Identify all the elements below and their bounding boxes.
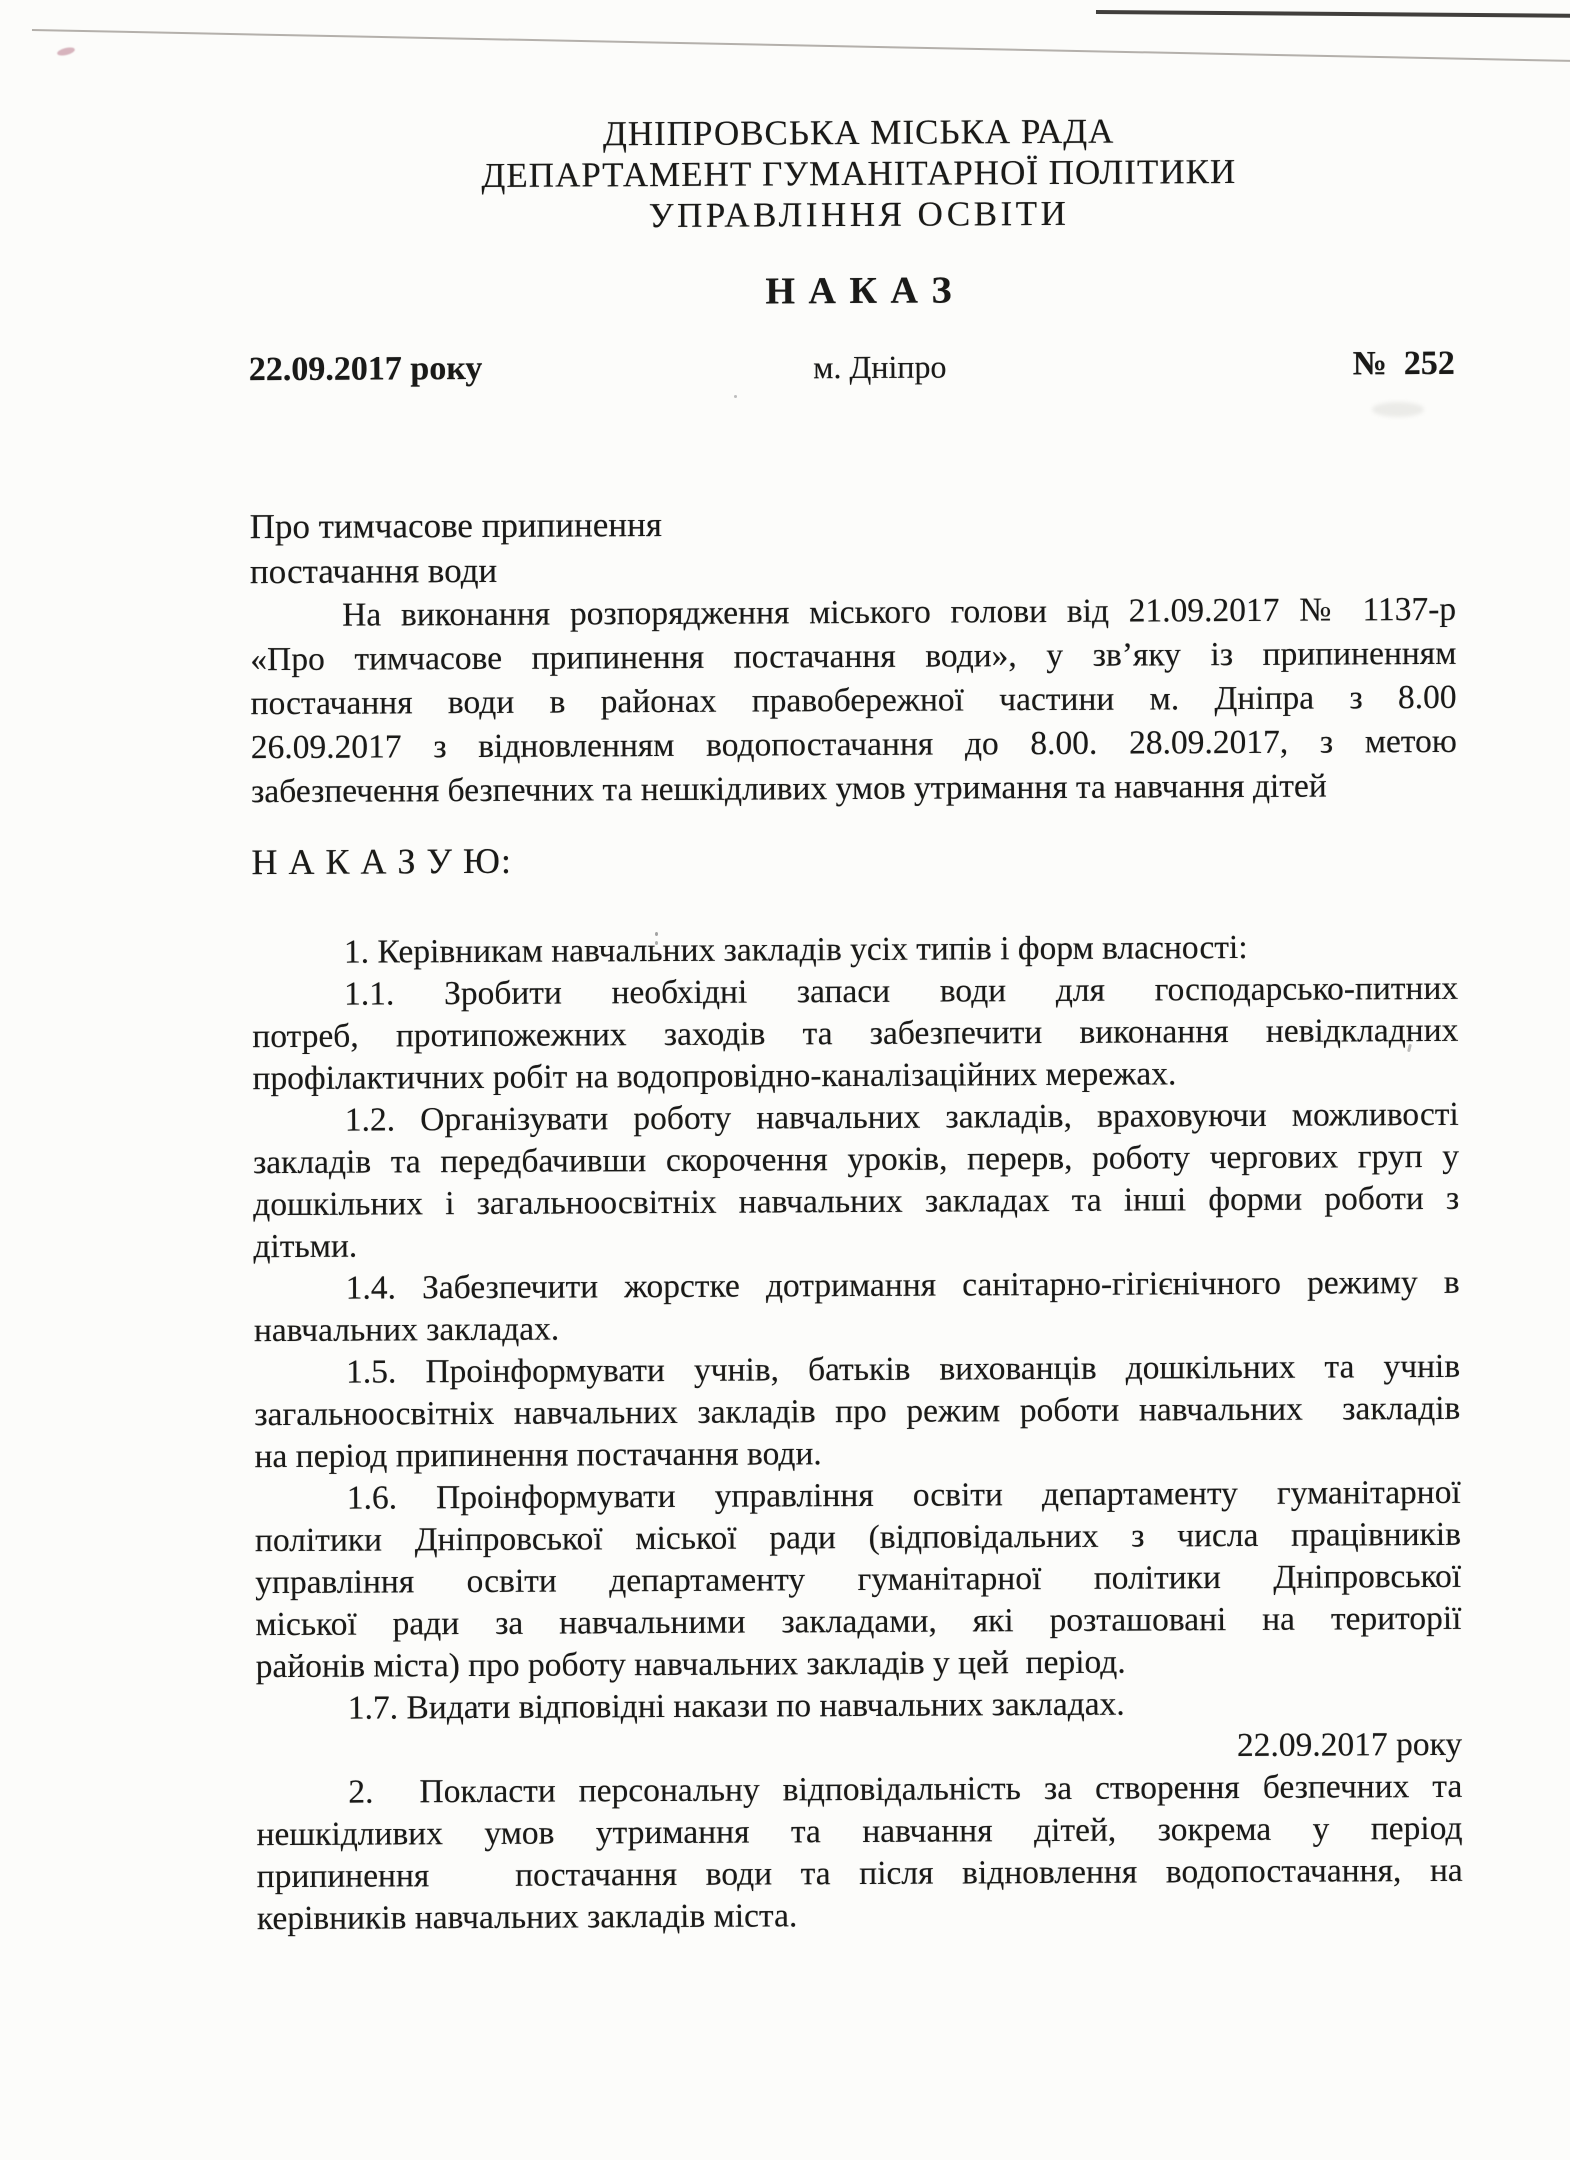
text-line: дітьми. <box>253 1220 1459 1268</box>
text-line: потреб, протипожежних заходів та забезпе… <box>252 1010 1458 1058</box>
text-line: на період припинення постачання води. <box>254 1430 1460 1478</box>
text-line: 1.4. Забезпечити жорстке дотримання сані… <box>254 1262 1460 1310</box>
order-meta-row: 22.09.2017 року м. Дніпро № 252 <box>249 341 1455 393</box>
pink-smudge-artifact <box>56 46 75 57</box>
text-line: закладів та передбачивши скорочення урок… <box>253 1136 1459 1184</box>
order-item-1: 1. Керівникам навчальних закладів усіх т… <box>252 926 1458 974</box>
text-line: управління освіти департаменту гуманітар… <box>255 1556 1461 1604</box>
org-name-education-office: УПРАВЛІННЯ ОСВІТИ <box>256 191 1462 238</box>
document-type-heading: Н А К А З <box>256 266 1462 316</box>
text-line: 2. Покласти персональну відповідальність… <box>256 1766 1462 1814</box>
text-line: політики Дніпровської міської ради (відп… <box>255 1514 1461 1562</box>
order-item-1-1: 1.1. Зробити необхідні запаси води для г… <box>252 968 1459 1100</box>
org-name-city-council: ДНІПРОВСЬКА МІСЬКА РАДА <box>256 109 1462 156</box>
text-line: дошкільних і загальноосвітніх навчальних… <box>253 1178 1459 1226</box>
text-line: припинення постачання води та після відн… <box>257 1850 1463 1898</box>
text-line: нешкідливих умов утримання та навчання д… <box>256 1808 1462 1856</box>
order-item-1-2: 1.2. Організувати роботу навчальних закл… <box>253 1094 1460 1268</box>
order-item-2: 2. Покласти персональну відповідальність… <box>256 1766 1463 1940</box>
text-line: міської ради за навчальними закладами, я… <box>255 1598 1461 1646</box>
document-page: ДНІПРОВСЬКА МІСЬКА РАДА ДЕПАРТАМЕНТ ГУМА… <box>247 0 1463 1940</box>
org-name-department: ДЕПАРТАМЕНТ ГУМАНІТАРНОЇ ПОЛІТИКИ <box>256 150 1462 197</box>
text-line: 1.5. Проінформувати учнів, батьків вихов… <box>254 1346 1460 1394</box>
text-line: 1.1. Зробити необхідні запаси води для г… <box>252 968 1458 1016</box>
preamble-paragraph: На виконання розпорядження міського голо… <box>250 588 1457 814</box>
order-item-1-7: 1.7. Видати відповідні накази по навчаль… <box>256 1682 1462 1730</box>
text-line: 1.2. Організувати роботу навчальних закл… <box>253 1094 1459 1142</box>
order-number: № 252 <box>1053 341 1455 389</box>
subject-line: Про тимчасове припинення <box>250 498 1456 549</box>
text-line: 1. Керівникам навчальних закладів усіх т… <box>252 926 1458 974</box>
order-item-1-5: 1.5. Проінформувати учнів, батьків вихов… <box>254 1346 1461 1478</box>
order-declaration: Н А К А З У Ю: <box>251 834 1457 884</box>
order-date: 22.09.2017 року <box>249 345 651 393</box>
text-line: забезпечення безпечних та нешкідливих ум… <box>251 764 1457 814</box>
text-line: районів міста) про роботу навчальних зак… <box>256 1640 1462 1688</box>
order-subject: Про тимчасове припинення постачання води <box>250 498 1456 594</box>
order-item-1-4: 1.4. Забезпечити жорстке дотримання сані… <box>254 1262 1460 1352</box>
organization-header: ДНІПРОВСЬКА МІСЬКА РАДА ДЕПАРТАМЕНТ ГУМА… <box>255 0 1462 238</box>
subject-line: постачання води <box>250 543 1456 594</box>
order-item-1-6: 1.6. Проінформувати управління освіти де… <box>255 1472 1462 1688</box>
text-line: постачання води в районах правобережної … <box>250 676 1456 726</box>
scanned-order-document: { "doc": { "org": { "line1": "ДНІПРОВСЬК… <box>0 0 1570 2160</box>
text-line: 26.09.2017 з відновленням водопостачання… <box>251 720 1457 770</box>
text-line: профілактичних робіт на водопровідно-кан… <box>252 1052 1458 1100</box>
text-line: На виконання розпорядження міського голо… <box>250 588 1456 638</box>
text-line: «Про тимчасове припинення постачання вод… <box>250 632 1456 682</box>
order-city: м. Дніпро <box>679 343 1081 391</box>
text-line: навчальних закладах. <box>254 1304 1460 1352</box>
text-line: 1.6. Проінформувати управління освіти де… <box>255 1472 1461 1520</box>
text-line: 1.7. Видати відповідні накази по навчаль… <box>256 1682 1462 1730</box>
text-line: керівників навчальних закладів міста. <box>257 1892 1463 1940</box>
order-items: 1. Керівникам навчальних закладів усіх т… <box>252 926 1463 1940</box>
text-line: загальноосвітніх навчальних закладів про… <box>254 1388 1460 1436</box>
interim-date: 22.09.2017 року <box>256 1724 1462 1772</box>
